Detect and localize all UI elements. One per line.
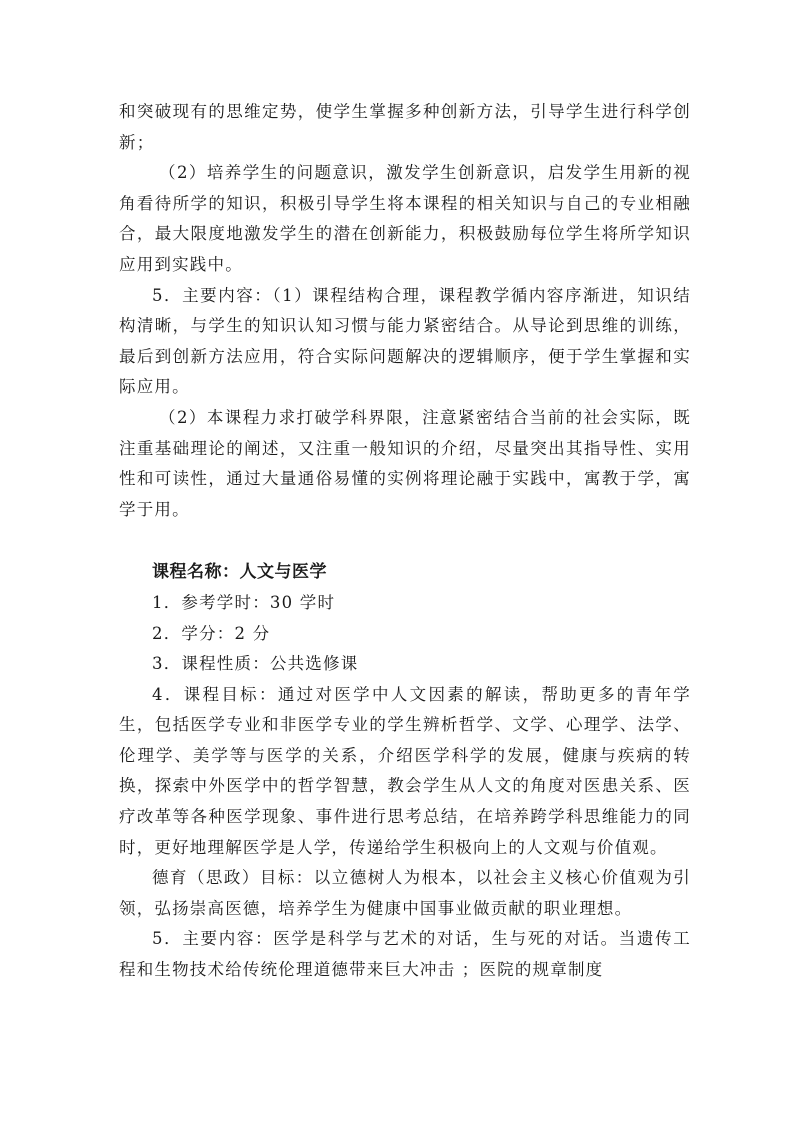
course-hours: 1．参考学时：30 学时: [119, 588, 691, 619]
paragraph-innovation-methods: 和突破现有的思维定势，使学生掌握多种创新方法，引导学生进行科学创新；: [119, 97, 691, 158]
paragraph-problem-awareness: （2）培养学生的问题意识，激发学生创新意识，启发学生用新的视角看待所学的知识，积…: [119, 158, 691, 280]
course-credits: 2．学分：2 分: [119, 619, 691, 650]
course-objective: 4．课程目标：通过对医学中人文因素的解读，帮助更多的青年学生，包括医学专业和非医…: [119, 680, 691, 864]
section-spacer: [119, 525, 691, 557]
course-title: 课程名称：人文与医学: [119, 557, 691, 588]
course-nature: 3．课程性质：公共选修课: [119, 649, 691, 680]
paragraph-main-content-1: 5．主要内容：（1）课程结构合理，课程教学循内容序渐进，知识结构清晰，与学生的知…: [119, 281, 691, 403]
course-main-content: 5．主要内容：医学是科学与艺术的对话，生与死的对话。当遗传工程和生物技术给传统伦…: [119, 924, 691, 985]
paragraph-main-content-2: （2）本课程力求打破学科界限，注意紧密结合当前的社会实际，既注重基础理论的阐述，…: [119, 403, 691, 525]
document-page: 和突破现有的思维定势，使学生掌握多种创新方法，引导学生进行科学创新； （2）培养…: [119, 97, 691, 986]
course-moral-objective: 德育（思政）目标：以立德树人为根本，以社会主义核心价值观为引领，弘扬崇高医德，培…: [119, 863, 691, 924]
